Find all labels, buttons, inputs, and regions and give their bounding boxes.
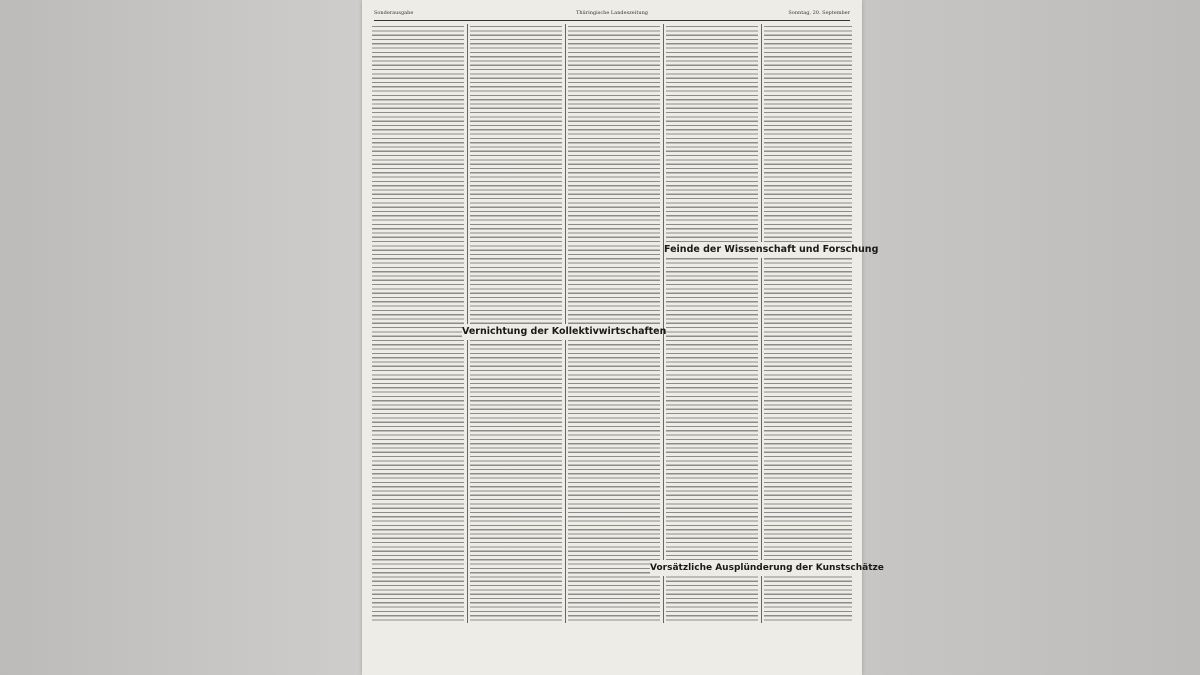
column-divider — [761, 24, 762, 623]
masthead-rule — [374, 20, 850, 21]
headline-wissenschaft: Feinde der Wissenschaft und Forschung — [664, 242, 854, 258]
page-bottom-margin — [362, 623, 862, 675]
masthead-title: Thüringische Landeszeitung — [576, 10, 648, 16]
column-1 — [372, 24, 464, 623]
headline-kunstschaetze: Vorsätzliche Ausplünderung der Kunstschä… — [650, 560, 854, 576]
masthead-date: Sonntag, 20. September — [788, 10, 850, 16]
headline-kollektivwirtschaften: Vernichtung der Kollektivwirtschaften — [462, 324, 662, 340]
newspaper-page: Sonderausgabe Thüringische Landeszeitung… — [362, 0, 862, 675]
column-divider — [663, 24, 664, 623]
column-5 — [764, 24, 852, 623]
column-4 — [666, 24, 758, 623]
backdrop-left — [0, 0, 362, 675]
backdrop-right — [862, 0, 1200, 675]
masthead-left: Sonderausgabe — [374, 10, 413, 16]
